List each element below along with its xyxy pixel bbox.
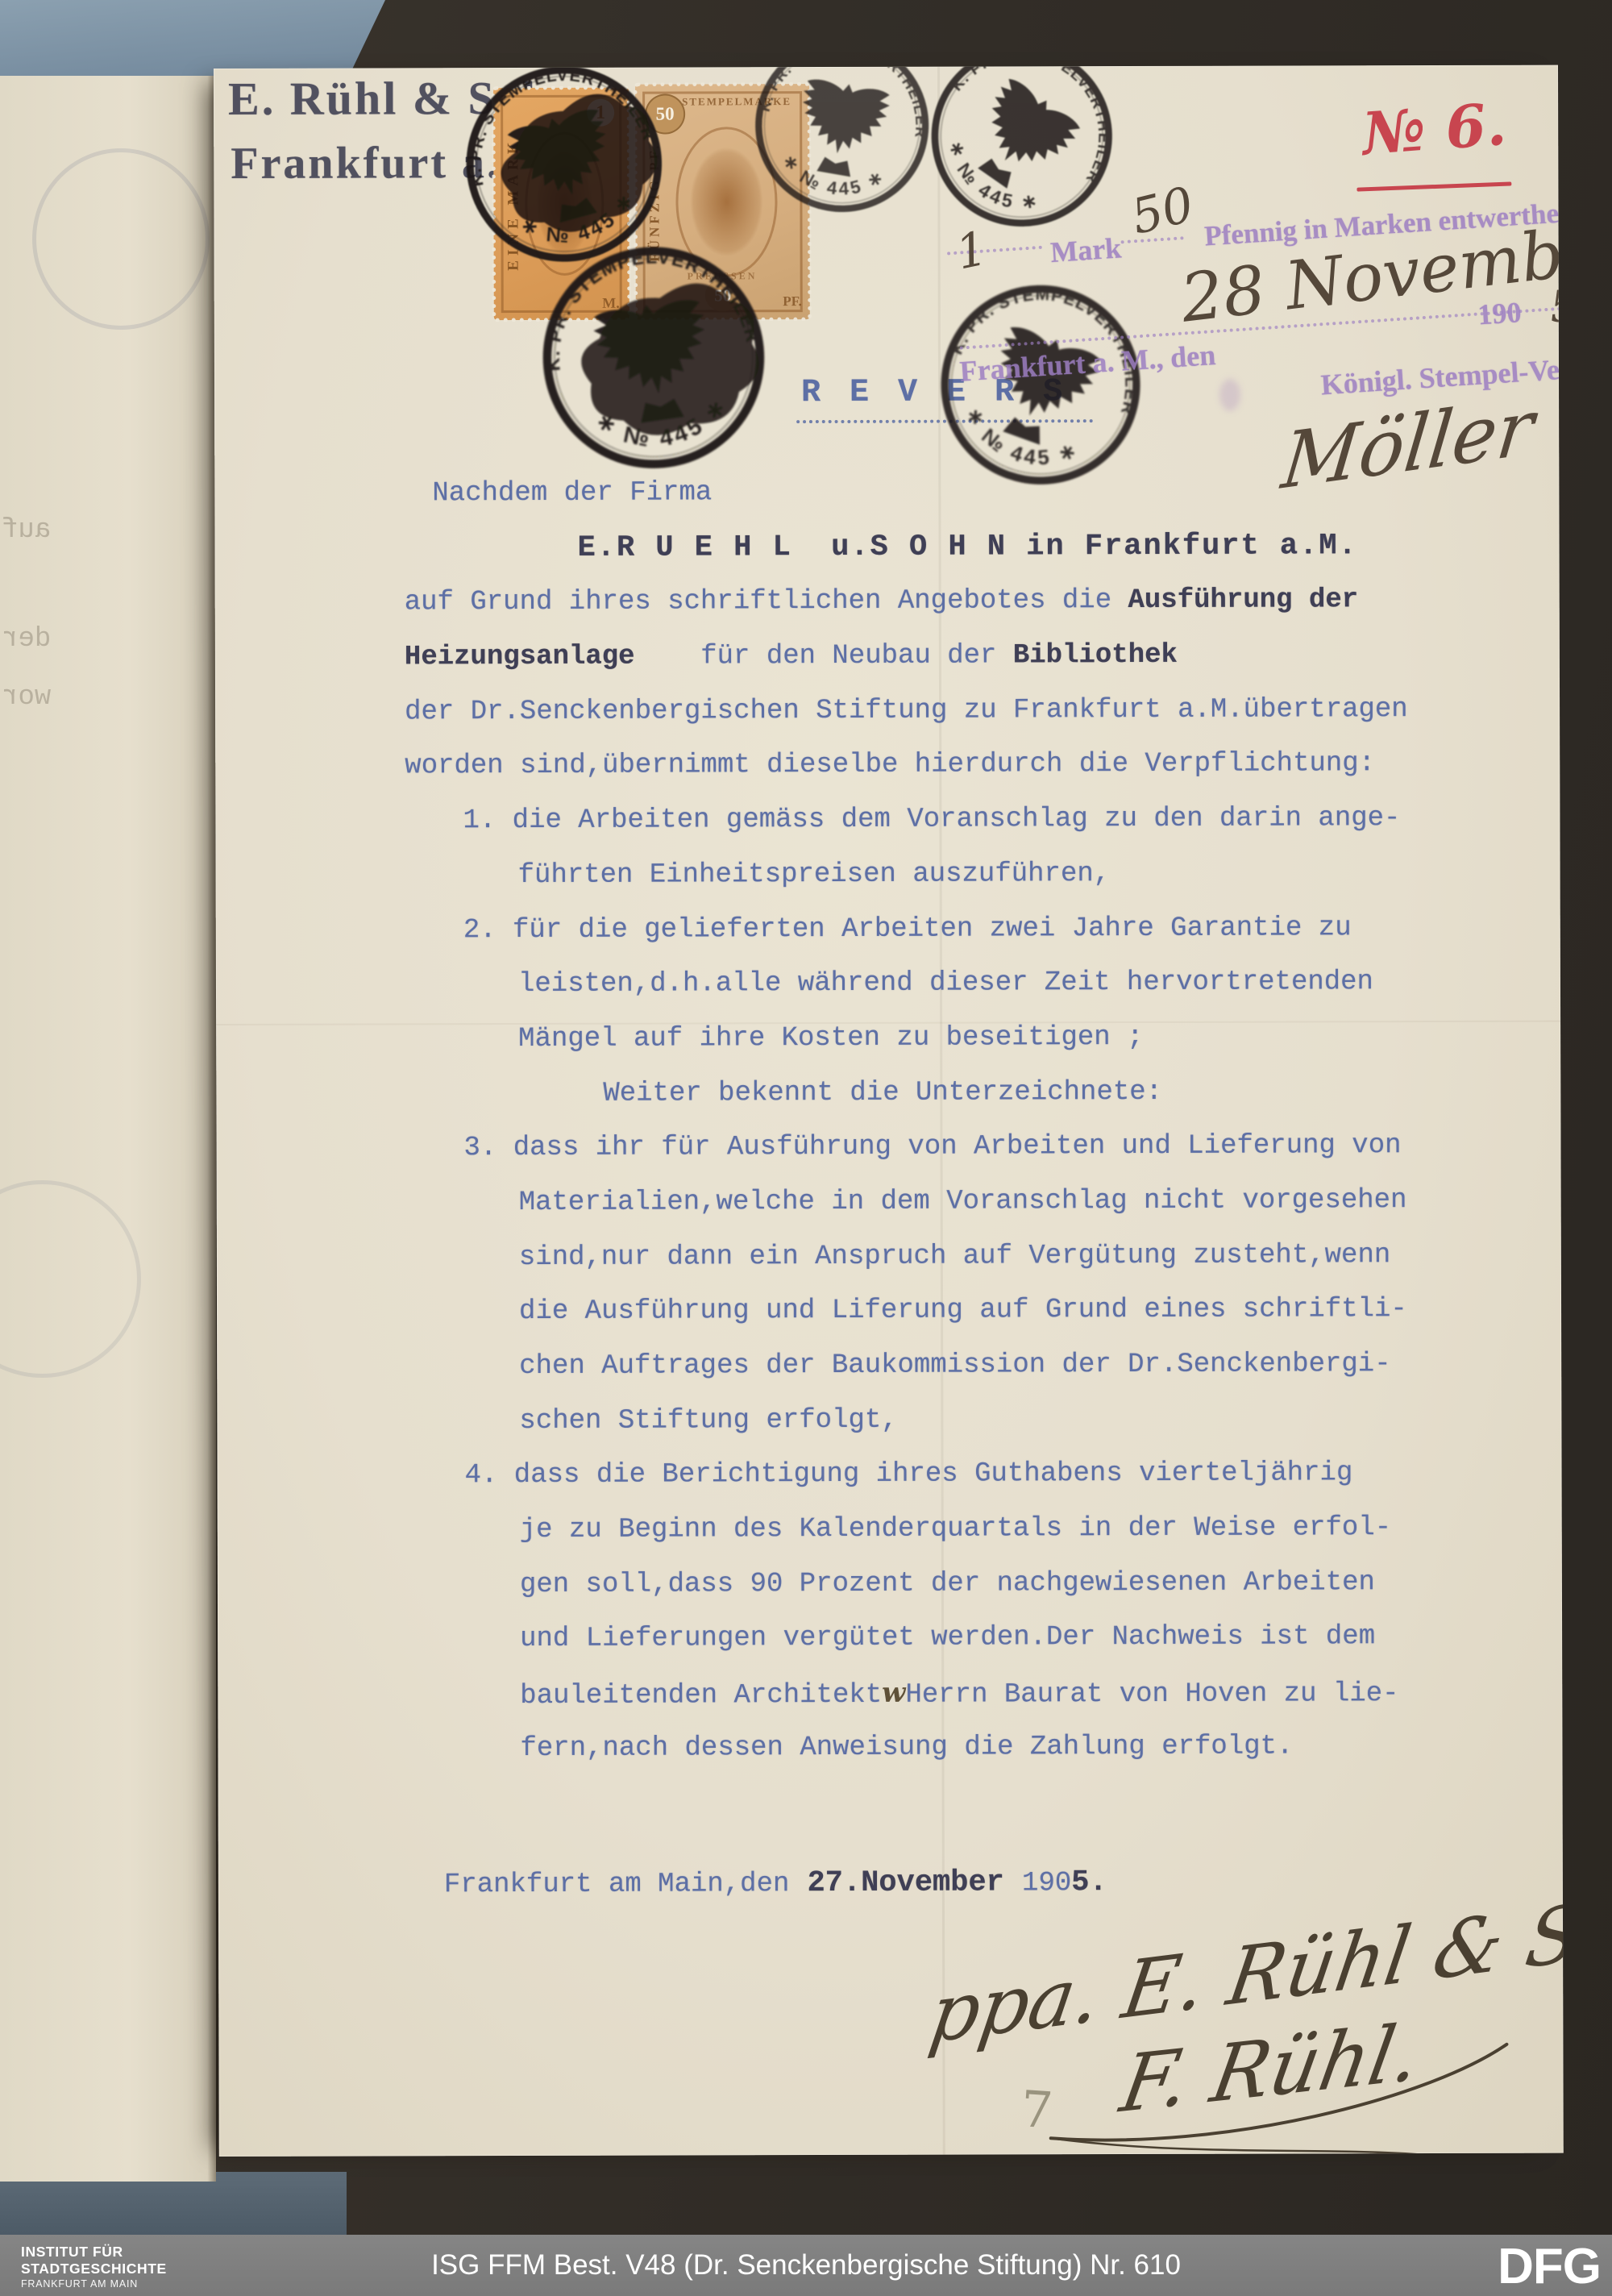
revenue-stamp-one-mark: EINE MARK 1 M. [493,88,629,320]
typed-segment: schen Stiftung erfolgt, [519,1404,897,1436]
typed-line: 3. dass ihr für Ausführung von Arbeiten … [405,1119,1485,1176]
date-segment: Frankfurt am Main,den [444,1869,790,1900]
stamp-value-text: EINE MARK [505,137,522,270]
typed-line: 2. für die gelieferten Arbeiten zwei Jah… [405,901,1485,958]
typed-segment: je zu Beginn des Kalenderquartals in der… [520,1512,1391,1545]
stamp-denomination: 50 [645,94,685,134]
typed-line: worden sind,übernimmt dieselbe hierdurch… [405,737,1485,794]
isg-logo-line1: INSTITUT FÜR [21,2244,167,2261]
typed-segment: chen Auftrages der Baukommission der Dr.… [519,1349,1390,1382]
typed-line: die Ausführung und Liferung auf Grund ei… [406,1283,1486,1340]
stamp-header: STEMPELMARKE [682,95,791,108]
typed-segment: 2. für die gelieferten Arbeiten zwei Jah… [463,913,1352,946]
typed-segment: worden sind,übernimmt dieselbe hierdurch… [405,749,1375,782]
typed-segment: gen soll,dass 90 Prozent der nachgewiese… [520,1567,1375,1600]
stamp-unit: M. [602,295,620,312]
typed-segment: bauleitenden Architekt [520,1680,882,1712]
typed-segment: 3. dass ihr für Ausführung von Arbeiten … [463,1130,1401,1163]
typed-line: chen Auftrages der Baukommission der Dr.… [406,1337,1486,1395]
stamp-denomination: 1 [587,99,614,127]
handwritten-year-digit: 5 [1548,281,1564,333]
typed-line: und Lieferungen vergütet werden.Der Nach… [407,1610,1487,1667]
archive-reference: ISG FFM Best. V48 (Dr. Senckenbergische … [431,2249,1181,2281]
typed-line: je zu Beginn des Kalenderquartals in der… [407,1501,1487,1558]
typed-line: führten Einheitspreisen auszuführen, [405,846,1485,904]
handwritten-pfennig-amount: 50 [1126,177,1199,246]
stamp-value-text: FÜNFZIG PF. [646,142,663,261]
typed-line: E.R U E H L u.S O H N in Frankfurt a.M. [404,519,1484,576]
typed-segment: fern,nach dessen Anweisung die Zahlung e… [520,1731,1293,1764]
typed-line: leisten,d.h.alle während dieser Zeit her… [405,955,1485,1013]
typed-segment: Materialien,welche in dem Voranschlag ni… [519,1185,1407,1218]
typed-segment: Weiter bekennt die Unterzeichnete: [603,1076,1162,1108]
typed-line: bauleitenden ArchitektwHerrn Baurat von … [407,1665,1487,1722]
stamp-eagle-ornament [525,132,604,276]
typed-line: 4. dass die Berichtigung ihres Guthabens… [406,1446,1486,1504]
stamp-eagle-ornament [675,127,777,277]
typed-segment: der Dr.Senckenbergischen Stiftung zu Fra… [405,694,1408,727]
typed-line: der Dr.Senckenbergischen Stiftung zu Fra… [405,683,1485,740]
scanned-archival-document: auf der wor E. Rühl & Sohn Frankfurt a. … [0,0,1612,2296]
isg-logo: INSTITUT FÜR STADTGESCHICHTE FRANKFURT A… [21,2244,167,2290]
typed-line: Mängel auf ihre Kosten zu beseitigen ; [405,1010,1485,1067]
typed-line: schen Stiftung erfolgt, [406,1392,1486,1450]
handwritten-mark-amount: 1 [951,220,991,280]
typed-segment: 1. die Arbeiten gemäss dem Voranschlag z… [463,803,1400,836]
bleed-through-text: auf [2,515,51,546]
bleed-through-text: wor [2,682,51,713]
typed-segment: 4. dass die Berichtigung ihres Guthabens… [465,1458,1353,1491]
bleed-through-stamp [32,148,210,330]
typed-line: gen soll,dass 90 Prozent der nachgewiese… [407,1556,1487,1613]
typed-segment: für den Neubau der [635,640,1013,672]
typed-line: auf Grund ihres schriftlichen Angebotes … [405,573,1485,630]
typed-line: Weiter bekennt die Unterzeichnete: [405,1064,1485,1121]
typed-segment: und Lieferungen vergütet werden.Der Nach… [520,1622,1375,1655]
dfg-logo: DFG [1498,2238,1601,2295]
stamp-mark-label: Mark [1049,231,1123,269]
typed-segment: die Ausführung und Liferung auf Grund ei… [519,1294,1407,1327]
typed-segment: auf Grund ihres schriftlichen Angebotes … [405,585,1128,618]
stamp-country: PREUSSEN [688,270,758,282]
typed-segment: führten Einheitspreisen auszuführen, [518,859,1111,891]
document-page: E. Rühl & Sohn Frankfurt a. M. EINE MARK… [214,65,1564,2157]
typed-segment: Heizungsanlage [405,642,635,673]
pencil-note: 7 [1019,2079,1054,2140]
typed-line: 1. die Arbeiten gemäss dem Voranschlag z… [405,792,1485,849]
typed-segment: Nachdem der Firma [432,477,712,509]
typed-line: Heizungsanlage für den Neubau der Biblio… [405,628,1485,685]
typed-body: Nachdem der FirmaE.R U E H L u.S O H N i… [404,464,1487,1777]
previous-page-edge: auf der wor [0,76,216,2182]
typed-segment: Ausführung der [1128,585,1358,617]
typed-segment: Bibliothek [1013,640,1178,672]
date-segment: 27.November [789,1865,1022,1900]
typed-segment: leisten,d.h.alle während dieser Zeit her… [518,967,1373,1000]
bleed-through-stamp [0,1180,141,1378]
typed-segment: w [882,1677,905,1709]
cancellation-stamp: 1 Mark 50 Pfennig in Marken entwerthet F… [943,153,1563,541]
bleed-through-text: der [2,624,51,655]
isg-logo-line3: FRANKFURT AM MAIN [21,2278,167,2290]
typed-segment: Mängel auf ihre Kosten zu beseitigen ; [518,1022,1143,1054]
footer-bar: INSTITUT FÜR STADTGESCHICHTE FRANKFURT A… [0,2235,1612,2296]
stamp-denomination-bottom: 50 [705,279,741,311]
typed-line: Materialien,welche in dem Voranschlag ni… [406,1174,1486,1231]
typed-line: fern,nach dessen Anweisung die Zahlung e… [407,1720,1487,1777]
date-segment: 5. [1071,1865,1107,1899]
typed-segment: sind,nur dann ein Anspruch auf Vergütung… [519,1240,1390,1273]
stamp-unit: PF. [783,293,802,310]
handwritten-official-signature: Möller [1278,383,1538,507]
archive-box-edge-bottom [0,2172,347,2236]
isg-logo-line2: STADTGESCHICHTE [21,2261,167,2277]
archival-number: № 6. [1360,89,1508,168]
revenue-stamp-fifty-pfennig: STEMPELMARKE 50 FÜNFZIG PF. 50 PREUSSEN … [635,84,810,320]
typed-line: sind,nur dann ein Anspruch auf Vergütung… [406,1228,1486,1285]
typed-segment: Herrn Baurat von Hoven zu lie- [905,1678,1398,1711]
date-line: Frankfurt am Main,den 27.November 1905. [444,1865,1107,1901]
date-segment: 190 [1022,1868,1071,1899]
